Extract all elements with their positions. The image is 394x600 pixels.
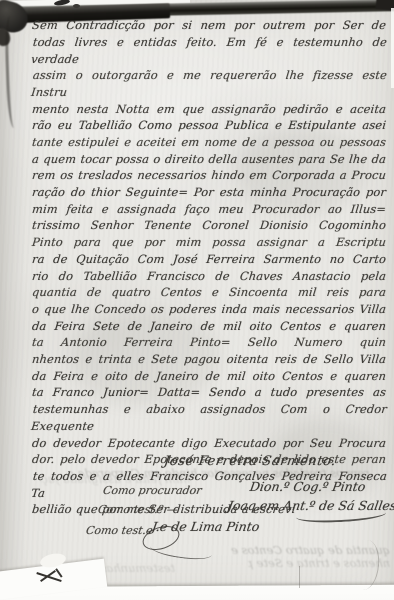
- manuscript-line: do devedor Epotecante digo Executado por…: [31, 435, 387, 452]
- manuscript-scan: rem os treslados necessarios hindo em Co…: [0, 0, 394, 600]
- manuscript-text-block: Sem Contradicção por si nem por outrem p…: [32, 17, 386, 518]
- manuscript-line: da Feira Sete de Janeiro de mil oito Cen…: [31, 318, 387, 335]
- manuscript-line: mim feita e assignada faço meu Procurado…: [31, 201, 387, 218]
- manuscript-line: testemunhas e abaixo assignados Com o Cr…: [30, 401, 388, 434]
- signature-principal: José Ferreira Sarmento.: [163, 454, 337, 469]
- manuscript-line: ração do thior Seguinte= Por esta minha …: [31, 184, 387, 201]
- manuscript-line: o que lhe Concedo os poderes inda mais n…: [31, 301, 387, 318]
- signature-name: Dion.º Cog.º Pinto: [249, 479, 367, 494]
- manuscript-line: todas livres e entidas feito. Em fé e te…: [30, 34, 388, 67]
- ink-cross-stroke: [55, 568, 62, 577]
- manuscript-line: Pinto para que por mim possa assignar a …: [31, 234, 387, 251]
- manuscript-line: a quem tocar possa o direito della ausen…: [31, 151, 387, 168]
- ink-speck: [73, 4, 80, 8]
- manuscript-line: da Feira e oito de Janeiro de mil oito C…: [31, 368, 387, 385]
- manuscript-line: tante estipulei e aceitei em nome de a p…: [31, 134, 387, 151]
- manuscript-line: ra de Quitação Com José Ferreira Sarment…: [31, 251, 387, 268]
- manuscript-line: ta Antonio Ferreira Pinto= Sello Numero …: [31, 334, 387, 351]
- ink-cross-mark: [36, 570, 64, 586]
- manuscript-line: Sem Contradicção por si nem por outrem p…: [31, 17, 387, 34]
- crease-line: [299, 566, 300, 588]
- manuscript-line: trissimo Senhor Tenente Coronel Dionisio…: [31, 217, 387, 234]
- manuscript-line: rem os treslados necessarios hindo em Co…: [31, 167, 387, 184]
- manuscript-line: mento nesta Notta em que assignarão pedi…: [31, 101, 387, 118]
- manuscript-line: nhentos e trinta e Sete pagou oitenta re…: [31, 351, 387, 368]
- manuscript-line: rão eu Tabellião Como pessoa Publica e E…: [31, 117, 387, 134]
- manuscript-line: assim o outorgarão e me requererão lhe f…: [30, 67, 388, 100]
- signature-role-label: Como test.º —: [97, 503, 179, 516]
- signature-role-label: Como test.e: [85, 524, 154, 537]
- signature-role-label: Como procurador: [102, 484, 203, 497]
- manuscript-line: quantia de quatro Centos e Sincoenta mil…: [31, 284, 387, 301]
- manuscript-line: rio do Tabellião Francisco de Chaves Ana…: [31, 268, 387, 285]
- manuscript-line: ta Franco Junior= Datta= Sendo a tudo pr…: [31, 384, 387, 401]
